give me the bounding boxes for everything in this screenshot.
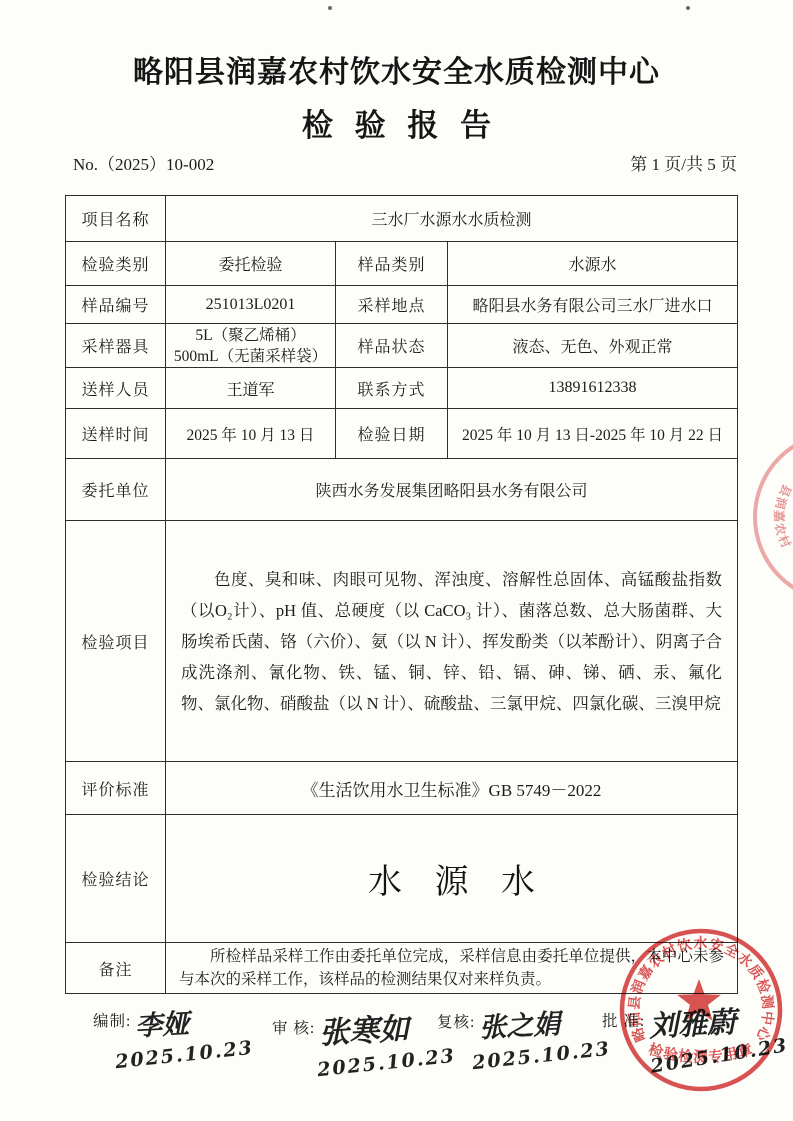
prepared-signature: 李娅 [134, 1002, 190, 1044]
client-label: 委托单位 [66, 459, 166, 521]
row-evaluation-standard: 评价标准 《生活饮用水卫生标准》GB 5749－2022 [66, 762, 738, 815]
prepared-label: 编制: [93, 1013, 131, 1030]
row-sample-sender: 送样人员 王道军 联系方式 13891612338 [66, 368, 738, 409]
row-project-name: 项目名称 三水厂水源水水质检测 [66, 196, 738, 242]
svg-text:检验检测专用章: 检验检测专用章 [647, 1040, 756, 1066]
seal-star-icon [677, 979, 721, 1021]
container-line-2: 500mL（无菌采样袋） [168, 346, 333, 367]
project-name-label: 项目名称 [66, 196, 166, 242]
signature-prepared: 编制:李娅 2025.10.23 [93, 1003, 254, 1066]
inspection-type-label: 检验类别 [66, 242, 166, 286]
report-page: 略阳县润嘉农村饮水安全水质检测中心 检 验 报 告 No.（2025）10-00… [0, 0, 793, 1121]
delivery-date-label: 送样时间 [66, 409, 166, 459]
center-name: 略阳县润嘉农村饮水安全水质检测中心 [0, 47, 793, 91]
svg-text:县润嘉农村饮水安: 县润嘉农村饮水安 [742, 405, 793, 552]
delivery-date-value: 2025 年 10 月 13 日 [166, 409, 336, 459]
inspection-items-value: 色度、臭和味、肉眼可见物、浑浊度、溶解性总固体、高锰酸盐指数（以O₂计）、pH … [166, 521, 738, 762]
rechecked-label: 复核: [437, 1014, 475, 1031]
report-meta-line: No.（2025）10-002 第 1 页/共 5 页 [65, 150, 737, 174]
scan-speck [686, 6, 690, 10]
sampling-container-label: 采样器具 [66, 324, 166, 368]
sampling-location-label: 采样地点 [336, 286, 448, 324]
inspection-date-value: 2025 年 10 月 13 日-2025 年 10 月 22 日 [448, 409, 738, 459]
scan-speck [328, 6, 332, 10]
inspection-type-value: 委托检验 [166, 242, 336, 286]
row-dates: 送样时间 2025 年 10 月 13 日 检验日期 2025 年 10 月 1… [66, 409, 738, 459]
sample-status-value: 液态、无色、外观正常 [448, 324, 738, 368]
sample-type-value: 水源水 [448, 242, 738, 286]
conclusion-label: 检验结论 [66, 815, 166, 943]
signature-rechecked: 复核:张之娟 2025.10.23 [437, 1004, 611, 1067]
sample-sender-value: 王道军 [166, 368, 336, 409]
sampling-location-value: 略阳县水务有限公司三水厂进水口 [448, 286, 738, 324]
contact-label: 联系方式 [336, 368, 448, 409]
edge-seal-stamp: 县润嘉农村饮水安 [742, 405, 793, 630]
sample-sender-label: 送样人员 [66, 368, 166, 409]
report-table: 项目名称 三水厂水源水水质检测 检验类别 委托检验 样品类别 水源水 样品编号 … [65, 195, 738, 994]
contact-value: 13891612338 [448, 368, 738, 409]
inspection-date-label: 检验日期 [336, 409, 448, 459]
sample-type-label: 样品类别 [336, 242, 448, 286]
evaluation-standard-label: 评价标准 [66, 762, 166, 815]
sample-no-label: 样品编号 [66, 286, 166, 324]
edge-seal-text: 县润嘉农村饮水安 [742, 405, 793, 552]
report-title: 检 验 报 告 [0, 100, 793, 145]
page-indicator: 第 1 页/共 5 页 [630, 150, 737, 175]
remarks-label: 备注 [66, 943, 166, 994]
seal-bottom-text: 检验检测专用章 [647, 1040, 756, 1066]
row-inspection-items: 检验项目 色度、臭和味、肉眼可见物、浑浊度、溶解性总固体、高锰酸盐指数（以O₂计… [66, 521, 738, 762]
container-line-1: 5L（聚乙烯桶） [168, 325, 333, 346]
client-value: 陕西水务发展集团略阳县水务有限公司 [166, 459, 738, 521]
official-seal-stamp: 略阳县润嘉农村饮水安全水质检测中心 检验检测专用章 [612, 922, 790, 1100]
reviewed-signature: 张寒如 [318, 1004, 410, 1053]
sample-status-label: 样品状态 [336, 324, 448, 368]
sample-no-value: 251013L0201 [166, 286, 336, 324]
report-number: No.（2025）10-002 [73, 150, 214, 175]
row-sample-no: 样品编号 251013L0201 采样地点 略阳县水务有限公司三水厂进水口 [66, 286, 738, 324]
row-client: 委托单位 陕西水务发展集团略阳县水务有限公司 [66, 459, 738, 521]
inspection-items-label: 检验项目 [66, 521, 166, 762]
rechecked-signature: 张之娟 [478, 1002, 561, 1045]
row-inspection-type: 检验类别 委托检验 样品类别 水源水 [66, 242, 738, 286]
evaluation-standard-value: 《生活饮用水卫生标准》GB 5749－2022 [166, 762, 738, 815]
project-name-value: 三水厂水源水水质检测 [166, 196, 738, 242]
sampling-container-value: 5L（聚乙烯桶） 500mL（无菌采样袋） [166, 324, 336, 368]
signature-reviewed: 审 核:张寒如 2025.10.23 [272, 1006, 456, 1074]
reviewed-label: 审 核: [272, 1020, 315, 1037]
row-sampling-container: 采样器具 5L（聚乙烯桶） 500mL（无菌采样袋） 样品状态 液态、无色、外观… [66, 324, 738, 368]
